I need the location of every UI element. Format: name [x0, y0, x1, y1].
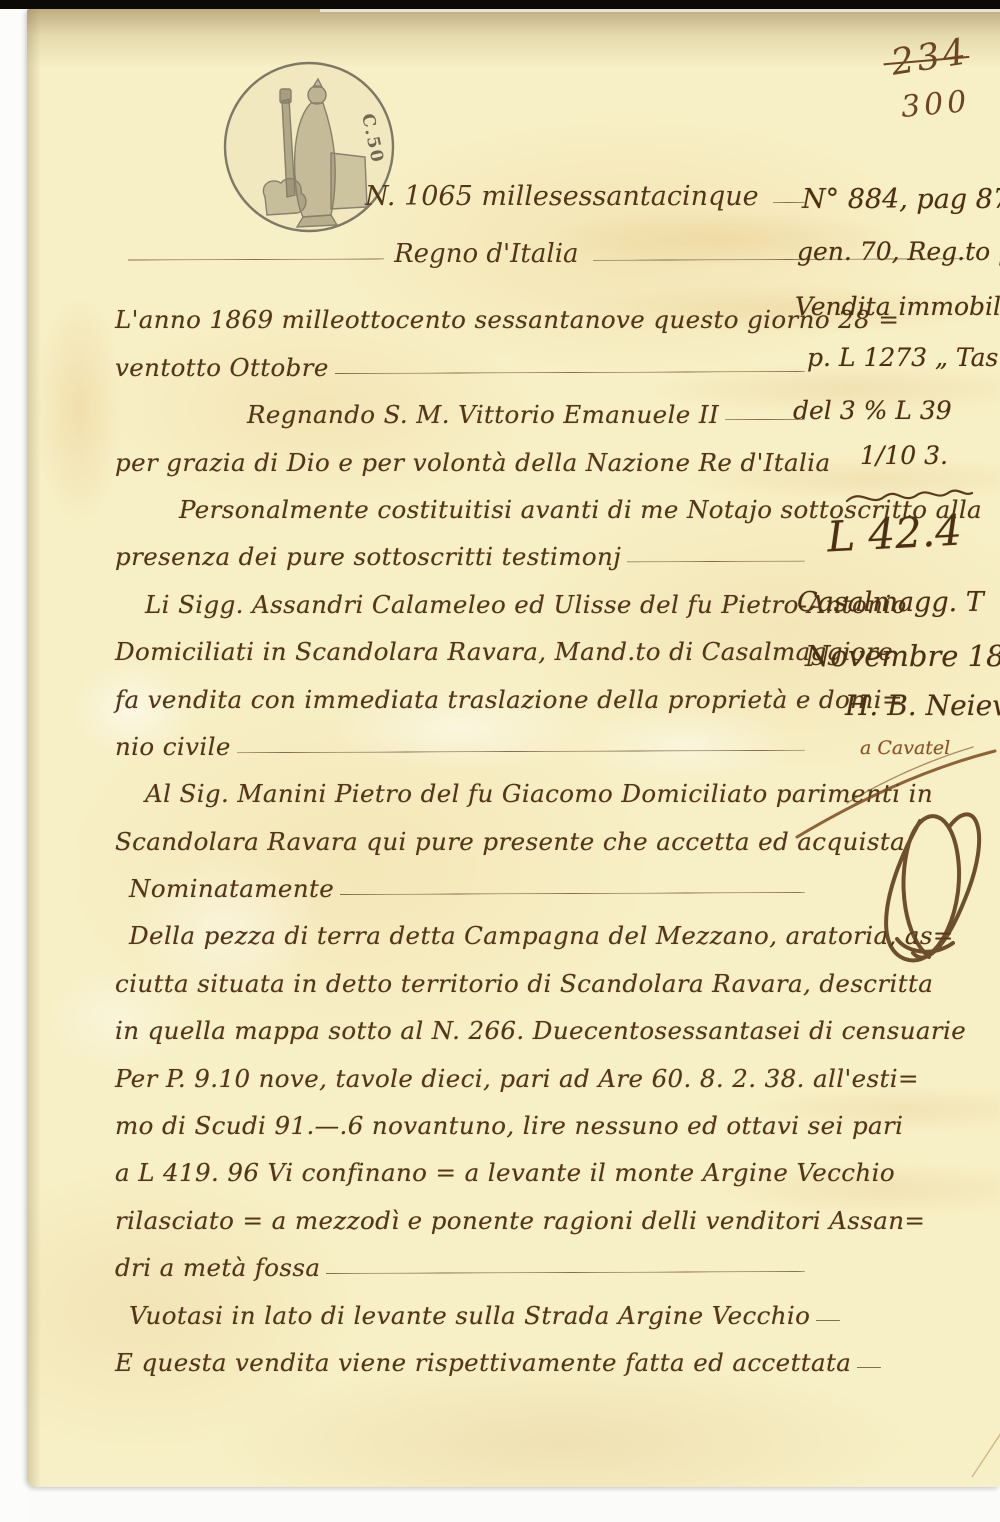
margin-note: gen. 70, Reg.to pu [797, 237, 1000, 266]
scan-top-edge [0, 0, 1000, 9]
margin-note: p. L 1273 „ Tas [807, 343, 998, 372]
margin-signature: H. B. Neiev L [845, 689, 1000, 722]
scanner-background [0, 9, 27, 1522]
margin-note: L 42.4 [826, 506, 963, 562]
margin-note: Novembre 186 [805, 639, 1000, 673]
margin-signature: a Cavatel [860, 737, 950, 759]
document-paper: C.50 C.50 234 300 N. 1065 millesessantac… [27, 9, 1000, 1487]
margin-note: del 3 % L 39 [793, 396, 952, 425]
margin-note: N° 884, pag 87 [802, 184, 1000, 215]
margin-annotations: N° 884, pag 87gen. 70, Reg.to puVendita … [27, 9, 1000, 1487]
margin-note: 1/10 3. [860, 441, 948, 470]
second-sheet-edge [320, 9, 1000, 12]
margin-note: Vendita immobil [795, 292, 1000, 321]
margin-note: Casalmagg. T [797, 587, 984, 618]
scanned-notarial-deed: C.50 C.50 234 300 N. 1065 millesessantac… [0, 0, 1000, 1522]
